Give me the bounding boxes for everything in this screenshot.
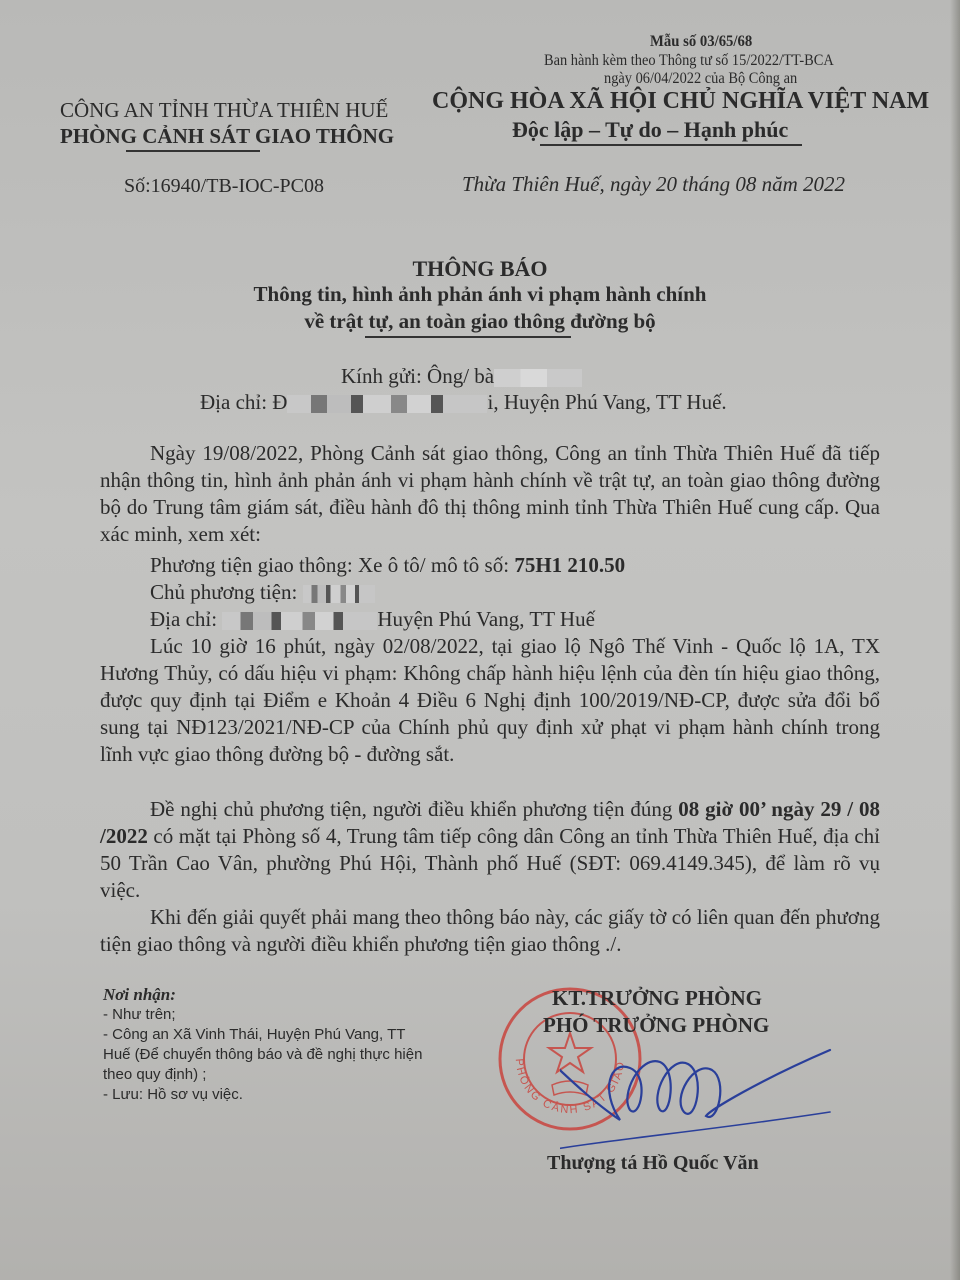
recipients-item: - Như trên; xyxy=(103,1005,422,1025)
recipients-item: Huế (Để chuyển thông báo và đề nghị thực… xyxy=(103,1045,422,1065)
body-paragraph-violation: Lúc 10 giờ 16 phút, ngày 02/08/2022, tại… xyxy=(100,633,880,768)
document-subtitle-line2: về trật tự, an toàn giao thông đường bộ xyxy=(0,309,960,334)
vehicle-plate: 75H1 210.50 xyxy=(514,553,625,577)
recipient-greeting-text: Kính gửi: Ông/ bà xyxy=(341,364,494,388)
owner-label: Chủ phương tiện: xyxy=(150,580,303,604)
form-issued-date: ngày 06/04/2022 của Bộ Công an xyxy=(604,70,797,88)
owner-address-label: Địa chỉ: xyxy=(150,607,222,631)
place-date: Thừa Thiên Huế, ngày 20 tháng 08 năm 202… xyxy=(462,172,845,197)
owner-line: Chủ phương tiện: xyxy=(100,579,930,606)
vehicle-label: Phương tiện giao thông: Xe ô tô/ mô tô s… xyxy=(150,553,514,577)
recipients-heading: Nơi nhận: xyxy=(103,985,422,1005)
form-issued-with: Ban hành kèm theo Thông tư số 15/2022/TT… xyxy=(544,52,834,70)
recipient-address-suffix: i, Huyện Phú Vang, TT Huế. xyxy=(487,390,726,414)
redacted-address xyxy=(287,395,487,413)
form-code: Mẫu số 03/65/68 xyxy=(650,33,752,51)
summons-rest: có mặt tại Phòng số 4, Trung tâm tiếp cô… xyxy=(100,824,880,902)
document-subtitle-line1: Thông tin, hình ảnh phản ánh vi phạm hàn… xyxy=(0,282,960,307)
recipients-list: Nơi nhận: - Như trên; - Công an Xã Vinh … xyxy=(103,985,422,1105)
agency-name: PHÒNG CẢNH SÁT GIAO THÔNG xyxy=(60,124,394,149)
redacted-owner-address xyxy=(222,612,377,630)
body-paragraph-summons: Đề nghị chủ phương tiện, người điều khiể… xyxy=(100,796,880,904)
redacted-name xyxy=(494,369,582,387)
paper-edge-shadow xyxy=(950,0,960,1280)
redacted-owner xyxy=(303,585,375,603)
signature-title-line1: KT.TRƯỞNG PHÒNG xyxy=(552,986,762,1011)
recipients-item: theo quy định) ; xyxy=(103,1065,422,1085)
national-motto: Độc lập – Tự do – Hạnh phúc xyxy=(512,117,788,143)
subtitle-underline xyxy=(365,336,571,338)
recipients-item: - Công an Xã Vinh Thái, Huyện Phú Vang, … xyxy=(103,1025,422,1045)
recipients-item: - Lưu: Hồ sơ vụ việc. xyxy=(103,1085,422,1105)
document-number: Số:16940/TB-IOC-PC08 xyxy=(124,175,324,198)
body-paragraph-documents: Khi đến giải quyết phải mang theo thông … xyxy=(100,904,880,958)
summons-lead: Đề nghị chủ phương tiện, người điều khiể… xyxy=(150,797,678,821)
recipient-address: Địa chỉ: Đi, Huyện Phú Vang, TT Huế. xyxy=(200,390,727,415)
owner-address-suffix: Huyện Phú Vang, TT Huế xyxy=(377,607,595,631)
nation-title: CỘNG HÒA XÃ HỘI CHỦ NGHĨA VIỆT NAM xyxy=(432,88,929,115)
vehicle-line: Phương tiện giao thông: Xe ô tô/ mô tô s… xyxy=(100,552,930,579)
document-title: THÔNG BÁO xyxy=(0,256,960,282)
recipient-address-prefix: Địa chỉ: Đ xyxy=(200,390,287,414)
motto-underline xyxy=(540,144,802,146)
recipient-greeting: Kính gửi: Ông/ bà xyxy=(341,364,582,389)
signature-title-line2: PHÓ TRƯỞNG PHÒNG xyxy=(543,1013,769,1038)
handwritten-signature-icon xyxy=(560,1040,840,1160)
agency-underline xyxy=(126,150,260,152)
owner-address-line: Địa chỉ: Huyện Phú Vang, TT Huế xyxy=(100,606,930,633)
agency-parent: CÔNG AN TỈNH THỪA THIÊN HUẾ xyxy=(60,98,388,123)
body-paragraph-received: Ngày 19/08/2022, Phòng Cảnh sát giao thô… xyxy=(100,440,880,548)
